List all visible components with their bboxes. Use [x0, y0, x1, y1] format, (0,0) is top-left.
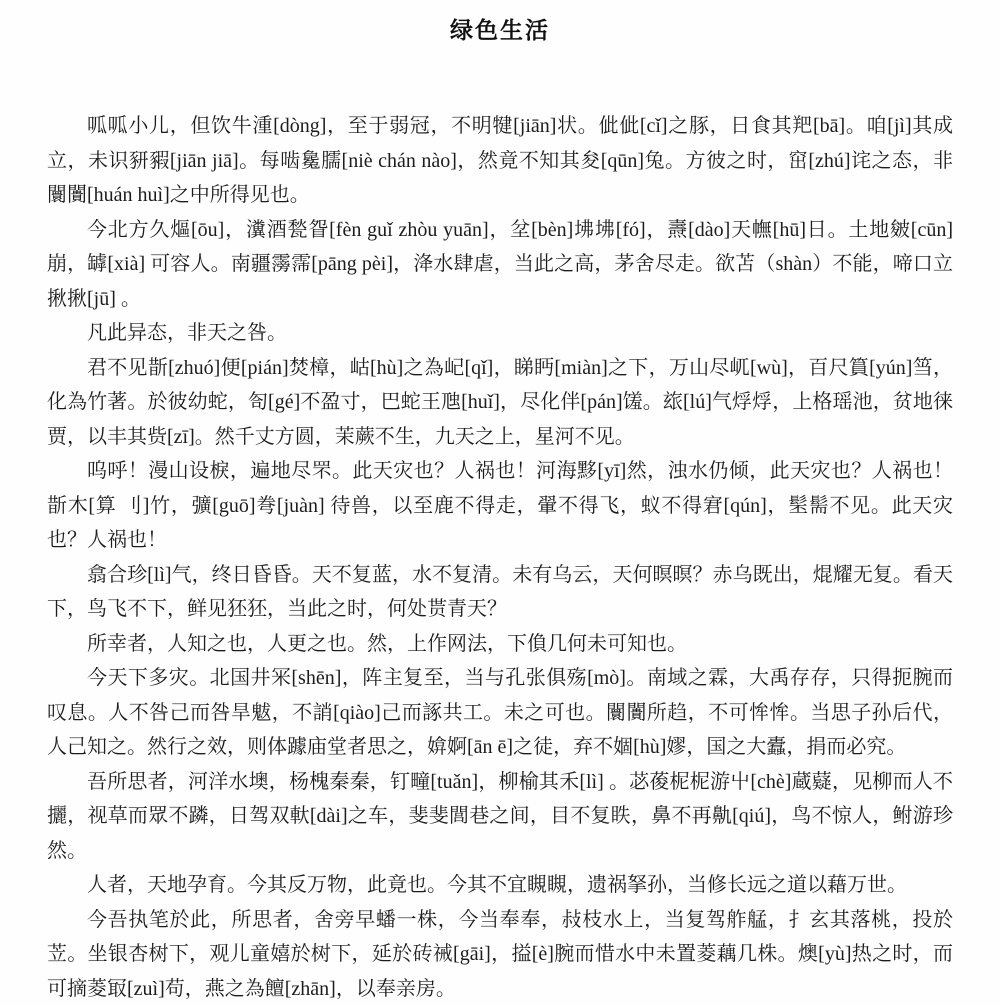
paragraph-5: 呜呼！漫山设棙，遍地尽罘。此天灾也？人祸也！河海黟[yī]然，浊水仍倾，此天灾也…: [47, 454, 953, 558]
paragraph-4: 君不见斮[zhuó]便[pián]焚樟，岵[hù]之為屺[qǐ]，睇眄[miàn…: [47, 351, 953, 455]
document-body: 呱呱小儿，但饮牛湩[dòng]，至于弱冠，不明犍[jiān]状。佌佌[cǐ]之豚…: [47, 109, 953, 1006]
document-title: 绿色生活: [47, 12, 953, 45]
paragraph-1: 呱呱小儿，但饮牛湩[dòng]，至于弱冠，不明犍[jiān]状。佌佌[cǐ]之豚…: [47, 109, 953, 213]
paragraph-7: 所幸者，人知之也，人更之也。然，上作网法，下偩几何未可知也。: [47, 627, 953, 662]
paragraph-8: 今天下多灾。北国井冞[shēn]，阵主复至，当与孔张俱殇[mò]。南域之霖，大禹…: [47, 661, 953, 765]
paragraph-10: 人者，天地孕育。今其反万物，此竟也。今其不宜瞡瞡，遗祸拏孙，当修长远之道以藉万世…: [47, 868, 953, 903]
paragraph-11: 今吾执笔於此，所思者，舍旁早蟠一株，今当奉奉，敊枝水上，当复驾舴艋，扌玄其落桃，…: [47, 903, 953, 1006]
paragraph-9: 吾所思者，河洋水墺，杨槐秦秦，钉疃[tuǎn]，柳榆其禾[lì] 。苾葰柅柅游屮…: [47, 765, 953, 869]
document-page: 绿色生活 呱呱小儿，但饮牛湩[dòng]，至于弱冠，不明犍[jiān]状。佌佌[…: [0, 0, 1000, 1006]
paragraph-3: 凡此异态，非天之咎。: [47, 316, 953, 351]
paragraph-2: 今北方久熰[ōu]，瀵酒甃眢[fèn guǐ zhòu yuān]，坌[bèn]…: [47, 213, 953, 317]
paragraph-6: 翕合珍[lì]气，终日昏昏。天不复蓝，水不复清。未有乌云，天何暝暝？赤乌既出，焜…: [47, 558, 953, 627]
